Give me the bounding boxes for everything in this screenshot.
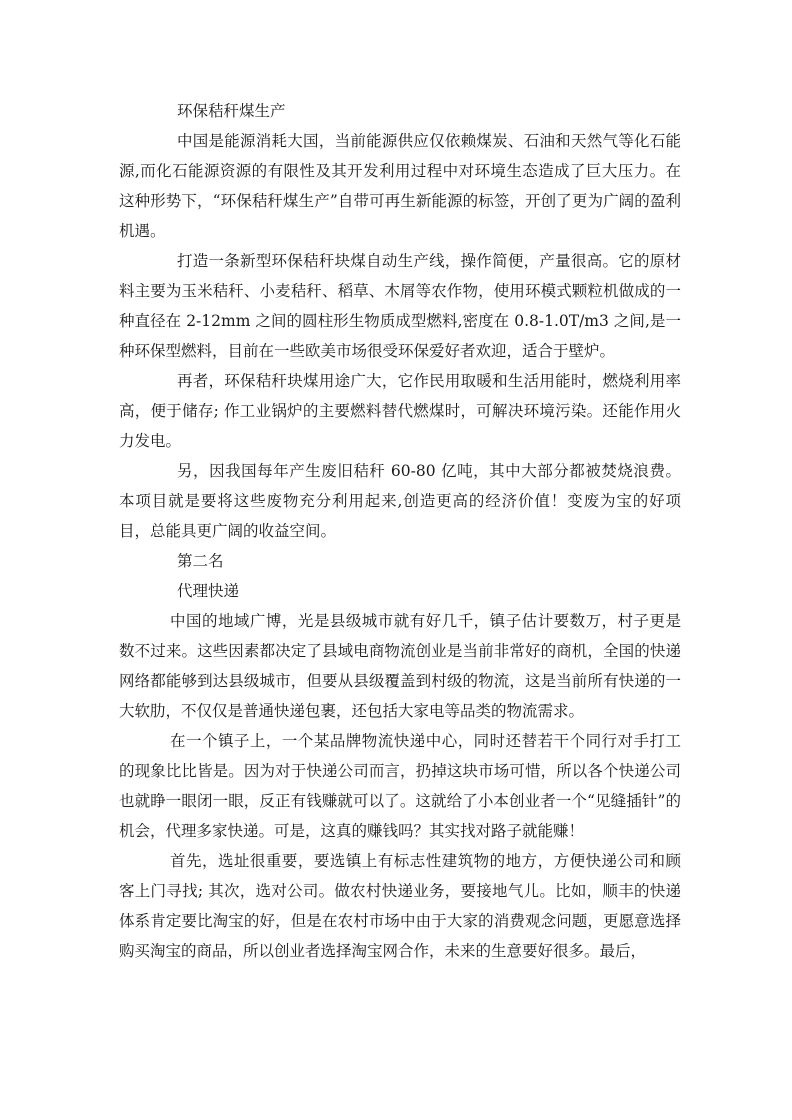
section-rank: 第二名 bbox=[119, 546, 681, 576]
paragraph: 中国是能源消耗大国，当前能源供应仅依赖煤炭、石油和天然气等化石能源,而化石能源资… bbox=[119, 126, 681, 246]
section-title: 代理快递 bbox=[119, 576, 681, 606]
document-page: 环保秸秆煤生产 中国是能源消耗大国，当前能源供应仅依赖煤炭、石油和天然气等化石能… bbox=[0, 0, 792, 1120]
section-title: 环保秸秆煤生产 bbox=[119, 96, 681, 126]
paragraph: 打造一条新型环保秸秆块煤自动生产线，操作简便，产量很高。它的原材料主要为玉米秸秆… bbox=[119, 246, 681, 366]
paragraph: 再者，环保秸秆块煤用途广大，它作民用取暖和生活用能时，燃烧利用率高，便于储存; … bbox=[119, 366, 681, 456]
paragraph: 另，因我国每年产生废旧秸秆 60-80 亿吨，其中大部分都被焚烧浪费。本项目就是… bbox=[119, 456, 681, 546]
paragraph: 在一个镇子上，一个某品牌物流快递中心，同时还替若干个同行对手打工的现象比比皆是。… bbox=[119, 726, 681, 846]
paragraph: 首先，选址很重要，要选镇上有标志性建筑物的地方，方便快递公司和顾客上门寻找; 其… bbox=[119, 846, 681, 966]
paragraph: 中国的地域广博，光是县级城市就有好几千，镇子估计要数万，村子更是数不过来。这些因… bbox=[119, 606, 681, 726]
document-body: 环保秸秆煤生产 中国是能源消耗大国，当前能源供应仅依赖煤炭、石油和天然气等化石能… bbox=[119, 96, 681, 966]
